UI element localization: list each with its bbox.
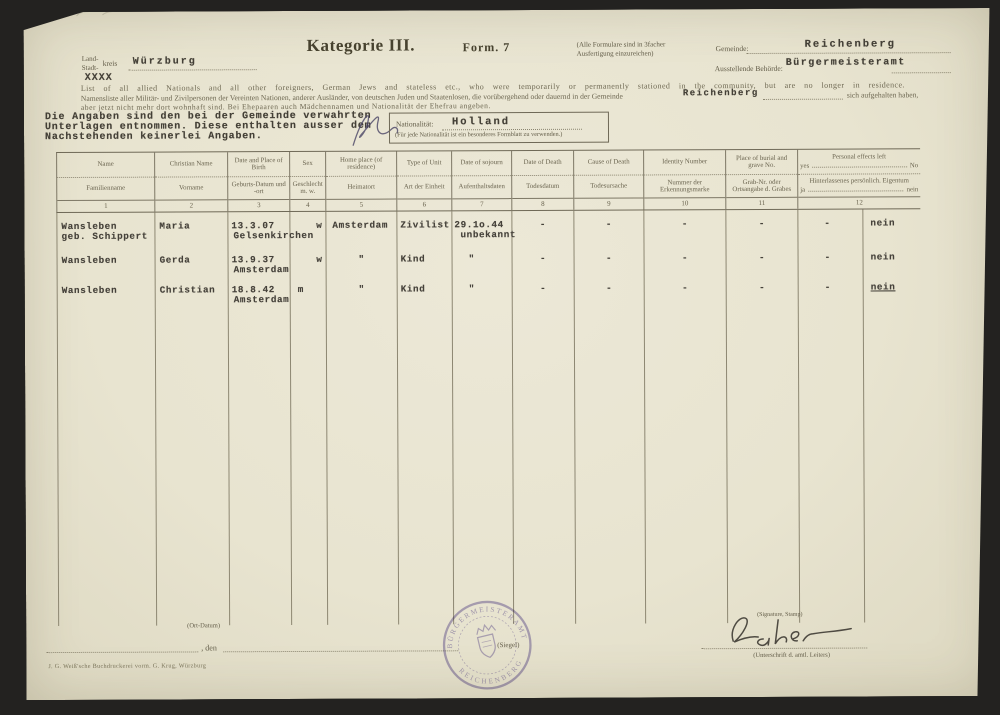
body-col-sex: w w m (290, 212, 328, 625)
cell-deathdate-r1: - (512, 219, 573, 230)
nationality-note: (Für jede Nationalität ist ein besondere… (395, 131, 562, 139)
cell-identity-r3: - (645, 282, 726, 293)
signature-rule (701, 647, 867, 650)
intro-german-place: Reichenberg (683, 88, 759, 98)
column-header-sex: Sex Geschlecht m. w. 4 (290, 152, 326, 211)
scanned-form-paper: Kategorie III. Form. 7 (Alle Formulare s… (23, 8, 992, 700)
cell-effectsno-r2: nein (871, 251, 896, 262)
intro-english: List of all allied Nationals and all oth… (81, 80, 905, 93)
form-number: Form. 7 (463, 40, 511, 55)
pencil-mark (48, 4, 123, 26)
nationality-value: Holland (452, 116, 510, 128)
sex-sub-label: m. w. (300, 188, 315, 195)
cell-sex-r3: m (298, 284, 304, 295)
body-col-home: Amsterdam " " (326, 212, 399, 625)
cell-birthplace-r3: Amsterdam (234, 294, 290, 305)
column-header-sojourn: Date of sojourn Aufenthaltsdaten 7 (452, 151, 512, 210)
cell-burial-r3: - (727, 282, 798, 293)
cell-identity-r1: - (644, 218, 725, 229)
body-col-birth: 13.3.07 Gelsenkirchen 13.9.37 Amsterdam … (228, 212, 292, 625)
cell-deathcause-r1: - (574, 218, 643, 229)
stadt-label: Stadt- (82, 64, 99, 72)
cell-sojourn-r3: " (469, 283, 475, 294)
cell-home-r2: " (327, 254, 397, 265)
svg-text:REICHENBERG: REICHENBERG (456, 653, 528, 693)
cell-name-r1b: geb. Schippert (61, 231, 148, 242)
body-col-identity: - - - (644, 210, 728, 623)
nationality-label: Nationalität: (396, 119, 434, 128)
registry-table: Name Familienname 1 Christian Name Vorna… (56, 148, 922, 626)
copies-note-line1: (Alle Formulare sind in 3facher (577, 40, 666, 48)
kreis-rule (129, 68, 257, 71)
cell-burial-r2: - (727, 252, 798, 263)
body-col-death-date: - - - (512, 211, 576, 624)
table-header-row: Name Familienname 1 Christian Name Vorna… (56, 148, 920, 213)
gemeinde-rule (747, 51, 951, 54)
kreis-value: Würzburg (133, 56, 197, 67)
column-header-death-date: Date of Death Todesdatum 8 (512, 151, 574, 210)
intro-german-part2: sich aufgehalten haben, (847, 90, 919, 99)
cell-unit-r1: Zivilist (400, 219, 449, 230)
body-col-death-cause: - - - (574, 210, 646, 623)
cell-name-r2: Wansleben (62, 255, 118, 266)
intro-rule (763, 98, 843, 100)
behoerde-label: Ausstellende Behörde: (715, 64, 783, 73)
column-header-identity: Identity Number Nummer der Erkennungsmar… (644, 150, 726, 209)
cell-effectsyes-r2: - (825, 252, 831, 263)
cell-deathcause-r3: - (575, 282, 644, 293)
body-col-effects: - nein - nein - nein (798, 209, 922, 623)
body-col-unit: Zivilist Kind Kind (397, 211, 454, 624)
column-header-christian-name: Christian Name Vorname 2 (155, 152, 228, 211)
land-label: Land- (82, 55, 99, 63)
signature-sub-label: (Unterschrift d. amtl. Leiters) (753, 652, 830, 659)
table-body: Wansleben geb. Schippert Wansleben Wansl… (56, 209, 922, 626)
den-label: , den (201, 643, 217, 652)
cell-home-r3: " (327, 284, 397, 295)
cell-christian-r3: Christian (160, 284, 216, 295)
behoerde-value: Bürgermeisteramt (786, 57, 906, 69)
effects-yes-no-de: ja nein (800, 186, 918, 194)
strike-mark: XXXX (85, 73, 113, 84)
cell-unit-r2: Kind (401, 253, 426, 264)
cell-sojourn-r2: " (469, 253, 475, 264)
copies-note-line2: Ausfertigung einzureichen) (577, 49, 654, 57)
kreis-label: kreis (103, 59, 118, 68)
cell-deathcause-r2: - (575, 252, 644, 263)
column-header-death-cause: Cause of Death Todesursache 9 (574, 150, 644, 209)
cell-birthplace-r2: Amsterdam (234, 264, 290, 275)
form-content: Kategorie III. Form. 7 (Alle Formulare s… (0, 0, 1000, 715)
cell-effectsyes-r1: - (824, 218, 830, 229)
cell-home-r1: Amsterdam (332, 220, 388, 231)
cell-christian-r2: Gerda (160, 254, 191, 265)
column-header-burial: Place of burial and grave No. Grab-Nr. o… (726, 150, 798, 209)
nationality-box: Nationalität: Holland (Für jede National… (389, 112, 609, 144)
cell-deathdate-r3: - (513, 283, 574, 294)
behoerde-rule (892, 71, 951, 73)
cell-name-r3: Wansleben (62, 285, 118, 296)
body-col-sojourn: 29.1o.44 unbekannt " " (452, 211, 514, 624)
effects-yes-no-en: yes No (800, 162, 918, 170)
column-header-birth: Date and Place of Birth Geburts-Datum un… (228, 152, 290, 211)
statement-line3: Nachstehenden keinerlei Angaben. (45, 131, 263, 143)
page-title: Kategorie III. (307, 35, 416, 55)
gemeinde-label: Gemeinde: (716, 44, 749, 53)
ort-datum-label: (Ort-Datum) (187, 622, 220, 629)
column-header-unit: Type of Unit Art der Einheit 6 (397, 151, 452, 210)
date-rule-left (46, 650, 198, 653)
gemeinde-value: Reichenberg (805, 38, 896, 50)
cell-effectsno-r3: nein (871, 281, 896, 292)
cell-effectsyes-r3: - (825, 282, 831, 293)
cell-deathdate-r2: - (513, 253, 574, 264)
cell-sex-r1: w (316, 220, 322, 231)
cell-unit-r3: Kind (401, 283, 426, 294)
signature-faber (723, 613, 853, 650)
cell-christian-r1: Maria (159, 220, 190, 231)
cell-sex-r2: w (316, 254, 322, 265)
cell-sojourn-r1b: unbekannt (460, 229, 516, 240)
body-col-name: Wansleben geb. Schippert Wansleben Wansl… (57, 213, 157, 626)
effects-subdivider (862, 210, 865, 623)
body-col-christian: Maria Gerda Christian (155, 212, 230, 625)
body-col-burial: - - - (726, 210, 800, 623)
date-rule-right (223, 649, 458, 652)
printer-imprint: J. G. Weiß'sche Buchdruckerei vorm. G. K… (48, 662, 206, 670)
column-header-effects: Personal effects left yes No Hinterlasse… (798, 149, 920, 209)
column-header-name: Name Familienname 1 (57, 153, 155, 212)
column-header-home: Home place (of residence) Heimatort 5 (326, 152, 397, 211)
cell-effectsno-r1: nein (870, 217, 895, 228)
cell-burial-r1: - (726, 218, 797, 229)
cell-identity-r2: - (645, 252, 726, 263)
